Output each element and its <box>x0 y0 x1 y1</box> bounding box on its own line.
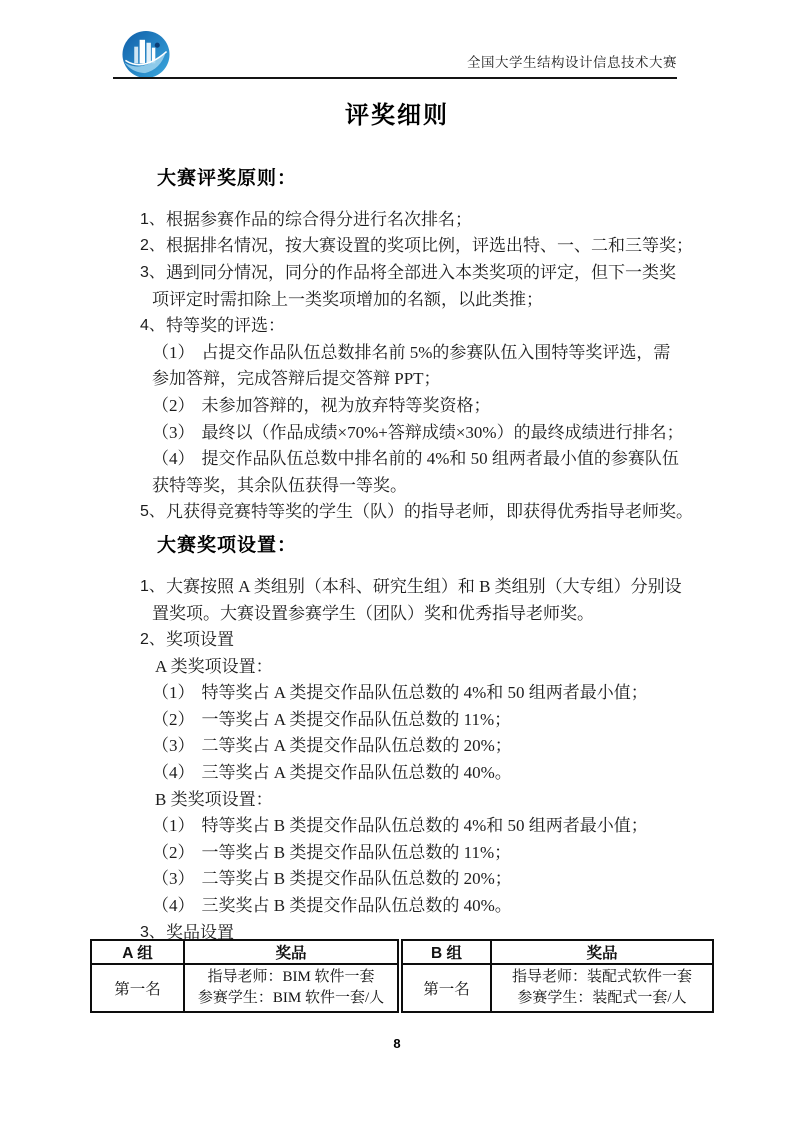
competition-logo-icon <box>121 30 171 79</box>
cell-a-rank: 第一名 <box>91 964 184 1012</box>
list-text: 未参加答辩的，视为放弃特等奖资格； <box>202 391 491 416</box>
list-text: 二等奖占 B 类提交作品队伍总数的 20%； <box>202 864 512 889</box>
sub-list-number: （1） <box>152 811 195 836</box>
list-text: 三等奖占 A 类提交作品队伍总数的 40%。 <box>202 758 512 783</box>
sub-list-number: （1） <box>152 678 195 703</box>
sub-list-item: （3）二等奖占 A 类提交作品队伍总数的 20%； <box>140 731 700 758</box>
prize-line-teacher: 指导老师：BIM 软件一套 <box>185 967 397 988</box>
list-number: 2、 <box>140 232 166 255</box>
list-text: 根据参赛作品的综合得分进行名次排名； <box>166 205 472 230</box>
sub-list-item: （2）一等奖占 A 类提交作品队伍总数的 11%； <box>140 704 700 731</box>
sub-list-item: （4）提交作品队伍总数中排名前的 4%和 50 组两者最小值的参赛队伍 <box>140 443 700 470</box>
sub-list-number: （3） <box>152 418 195 443</box>
list-item: 1、根据参赛作品的综合得分进行名次排名； <box>140 204 700 231</box>
list-text: 获特等奖，其余队伍获得一等奖。 <box>152 471 407 496</box>
list-text: 特等奖占 A 类提交作品队伍总数的 4%和 50 组两者最小值； <box>202 678 648 703</box>
section-heading-award-settings: 大赛奖项设置： <box>157 535 700 557</box>
sub-list-number: （2） <box>152 838 195 863</box>
list-text: 特等奖占 B 类提交作品队伍总数的 4%和 50 组两者最小值； <box>202 811 648 836</box>
prize-table-b: B 组 奖品 第一名 指导老师：装配式软件一套 参赛学生：装配式一套/人 <box>401 939 714 1013</box>
list-item: 4、特等奖的评选： <box>140 310 700 337</box>
list-text: 根据排名情况，按大赛设置的奖项比例，评选出特、一、二和三等奖； <box>166 231 693 256</box>
list-item-continuation: 参加答辩，完成答辩后提交答辩 PPT； <box>140 364 700 391</box>
column-header-a-prize: 奖品 <box>184 940 398 964</box>
cell-a-prize: 指导老师：BIM 软件一套 参赛学生：BIM 软件一套/人 <box>184 964 398 1012</box>
list-number: 5、 <box>140 498 166 521</box>
list-number: 1、 <box>140 206 166 229</box>
prize-table-a: A 组 奖品 第一名 指导老师：BIM 软件一套 参赛学生：BIM 软件一套/人 <box>90 939 399 1013</box>
sub-list-item: （2）一等奖占 B 类提交作品队伍总数的 11%； <box>140 837 700 864</box>
sub-list-number: （3） <box>152 731 195 756</box>
sub-list-number: （4） <box>152 891 195 916</box>
sub-list-item: （3）二等奖占 B 类提交作品队伍总数的 20%； <box>140 864 700 891</box>
sub-list-item: （1）特等奖占 B 类提交作品队伍总数的 4%和 50 组两者最小值； <box>140 810 700 837</box>
list-text: 二等奖占 A 类提交作品队伍总数的 20%； <box>202 731 512 756</box>
prize-line-teacher: 指导老师：装配式软件一套 <box>492 967 712 988</box>
sub-list-item: （2）未参加答辩的，视为放弃特等奖资格； <box>140 390 700 417</box>
sub-list-number: （2） <box>152 705 195 730</box>
list-text: B 类奖项设置： <box>155 785 273 810</box>
list-number: 2、 <box>140 626 166 649</box>
list-number: 4、 <box>140 312 166 335</box>
table-header-row: B 组 奖品 <box>402 940 713 964</box>
sub-section-heading-b: B 类奖项设置： <box>140 784 700 811</box>
list-text: 一等奖占 A 类提交作品队伍总数的 11%； <box>202 705 512 730</box>
list-number: 3、 <box>140 259 166 282</box>
list-item-continuation: 获特等奖，其余队伍获得一等奖。 <box>140 470 700 497</box>
prize-line-student: 参赛学生：装配式一套/人 <box>492 988 712 1009</box>
list-item-continuation: 项评定时需扣除上一类奖项增加的名额，以此类推； <box>140 284 700 311</box>
list-text: A 类奖项设置： <box>155 652 273 677</box>
cell-b-rank: 第一名 <box>402 964 491 1012</box>
sub-list-item: （1）占提交作品队伍总数排名前 5%的参赛队伍入围特等奖评选，需 <box>140 337 700 364</box>
list-item: 1、大赛按照 A 类组别（本科、研究生组）和 B 类组别（大专组）分别设 <box>140 571 700 598</box>
document-page: 全国大学生结构设计信息技术大赛 评奖细则 大赛评奖原则： 1、根据参赛作品的综合… <box>0 0 794 1123</box>
table-header-row: A 组 奖品 <box>91 940 398 964</box>
table-row: 第一名 指导老师：BIM 软件一套 参赛学生：BIM 软件一套/人 <box>91 964 398 1012</box>
list-text: 最终以（作品成绩×70%+答辩成绩×30%）的最终成绩进行排名； <box>202 418 684 443</box>
sub-list-number: （4） <box>152 758 195 783</box>
page-number: 8 <box>0 1036 794 1051</box>
column-header-b-group: B 组 <box>402 940 491 964</box>
list-text: 三奖奖占 B 类提交作品队伍总数的 40%。 <box>202 891 512 916</box>
sub-list-item: （1）特等奖占 A 类提交作品队伍总数的 4%和 50 组两者最小值； <box>140 678 700 705</box>
column-header-b-prize: 奖品 <box>491 940 713 964</box>
list-number: 1、 <box>140 573 166 596</box>
list-text: 一等奖占 B 类提交作品队伍总数的 11%； <box>202 838 512 863</box>
list-item: 5、凡获得竞赛特等奖的学生（队）的指导老师，即获得优秀指导老师奖。 <box>140 497 700 524</box>
list-text: 遇到同分情况，同分的作品将全部进入本类奖项的评定，但下一类奖 <box>166 258 676 283</box>
header-rule <box>113 77 677 79</box>
sub-section-heading-a: A 类奖项设置： <box>140 651 700 678</box>
column-header-a-group: A 组 <box>91 940 184 964</box>
sub-list-item: （4）三等奖占 A 类提交作品队伍总数的 40%。 <box>140 757 700 784</box>
list-item: 3、遇到同分情况，同分的作品将全部进入本类奖项的评定，但下一类奖 <box>140 257 700 284</box>
list-text: 参加答辩，完成答辩后提交答辩 PPT； <box>152 364 441 389</box>
sub-list-number: （3） <box>152 864 195 889</box>
cell-b-prize: 指导老师：装配式软件一套 参赛学生：装配式一套/人 <box>491 964 713 1012</box>
table-row: 第一名 指导老师：装配式软件一套 参赛学生：装配式一套/人 <box>402 964 713 1012</box>
prize-tables: A 组 奖品 第一名 指导老师：BIM 软件一套 参赛学生：BIM 软件一套/人… <box>90 939 714 1013</box>
list-item: 2、根据排名情况，按大赛设置的奖项比例，评选出特、一、二和三等奖； <box>140 231 700 258</box>
section-heading-award-principles: 大赛评奖原则： <box>157 168 700 190</box>
sub-list-number: （2） <box>152 391 195 416</box>
list-item: 2、奖项设置 <box>140 624 700 651</box>
list-text: 项评定时需扣除上一类奖项增加的名额，以此类推； <box>152 285 543 310</box>
document-body: 大赛评奖原则： 1、根据参赛作品的综合得分进行名次排名； 2、根据排名情况，按大… <box>140 160 700 943</box>
list-item-continuation: 置奖项。大赛设置参赛学生（团队）奖和优秀指导老师奖。 <box>140 598 700 625</box>
prize-line-student: 参赛学生：BIM 软件一套/人 <box>185 988 397 1009</box>
sub-list-item: （4）三奖奖占 B 类提交作品队伍总数的 40%。 <box>140 890 700 917</box>
list-text: 占提交作品队伍总数排名前 5%的参赛队伍入围特等奖评选，需 <box>202 338 671 363</box>
document-title: 评奖细则 <box>0 101 794 131</box>
list-text: 大赛按照 A 类组别（本科、研究生组）和 B 类组别（大专组）分别设 <box>166 572 682 597</box>
sub-list-number: （4） <box>152 444 195 469</box>
sub-list-item: （3）最终以（作品成绩×70%+答辩成绩×30%）的最终成绩进行排名； <box>140 417 700 444</box>
sub-list-number: （1） <box>152 338 195 363</box>
list-text: 特等奖的评选： <box>166 311 285 336</box>
list-text: 凡获得竞赛特等奖的学生（队）的指导老师，即获得优秀指导老师奖。 <box>166 497 693 522</box>
header-org-name: 全国大学生结构设计信息技术大赛 <box>467 54 677 72</box>
list-text: 提交作品队伍总数中排名前的 4%和 50 组两者最小值的参赛队伍 <box>202 444 679 469</box>
list-text: 置奖项。大赛设置参赛学生（团队）奖和优秀指导老师奖。 <box>152 599 594 624</box>
list-text: 奖项设置 <box>166 625 234 650</box>
